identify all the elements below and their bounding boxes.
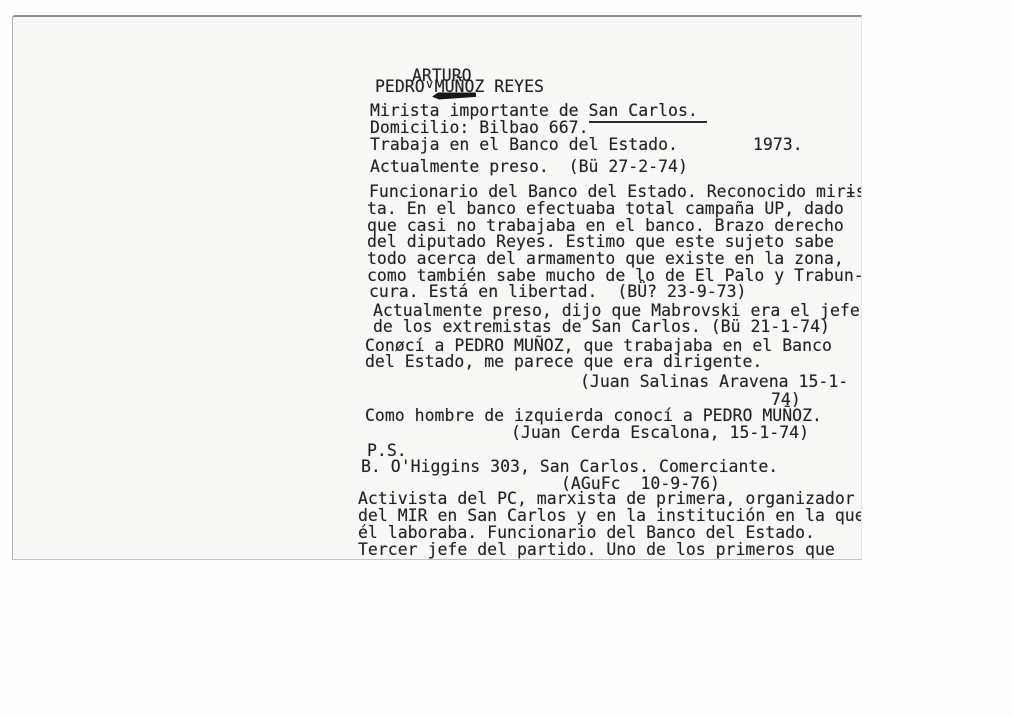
caret-mark: v — [425, 76, 435, 93]
status-line: Actualmente preso. (Bü 27-2-74) — [370, 158, 688, 175]
ps-report-line: Activista del PC, marxista de primera, o… — [358, 490, 855, 507]
report-1974-line: de los extremistas de San Carlos. (Bü 21… — [373, 318, 830, 335]
testimony-salinas-line: del Estado, me parece que era dirigente. — [365, 353, 762, 370]
index-card: ARTURO PEDROvMUÑOZ REYES Mirista importa… — [12, 15, 862, 560]
ps-report-line: él laboraba. Funcionario del Banco del E… — [358, 524, 815, 541]
report-1973-line: ta. En el banco efectuaba total campaña … — [367, 200, 844, 217]
report-1973-line: Funcionario del Banco del Estado. Recono… — [369, 183, 862, 200]
report-1973-line: todo acerca del armamento que existe en … — [367, 250, 844, 267]
ps-report-line: Tercer jefe del partido. Uno de los prim… — [358, 541, 835, 558]
scan-background: ARTURO PEDROvMUÑOZ REYES Mirista importa… — [0, 0, 1012, 717]
affiliation-place-underlined: San Carlos. — [589, 101, 707, 123]
source-citation: (Juan Salinas Aravena 15-1- — [580, 373, 848, 390]
year-label: 1973. — [753, 136, 803, 153]
subject-name-first: PEDRO — [375, 77, 425, 96]
employment-line: Trabaja en el Banco del Estado.1973. — [370, 136, 678, 153]
ps-address-line: B. O'Higgins 303, San Carlos. Comerciant… — [361, 458, 778, 475]
report-1973-line: cura. Está en libertad. (BÜ? 23-9-73) — [369, 283, 747, 300]
report-1973-line: del diputado Reyes. Estimo que este suje… — [367, 233, 834, 250]
ps-report-line: del MIR en San Carlos y en la institució… — [358, 507, 862, 524]
source-citation: (Juan Cerda Escalona, 15-1-74) — [511, 424, 809, 441]
testimony-cerda-line: Como hombre de izquierda conocí a PEDRO … — [365, 407, 822, 424]
employment-text: Trabaja en el Banco del Estado. — [370, 135, 678, 154]
address-line: Domicilio: Bilbao 667. — [370, 119, 589, 136]
affiliation-line: Mirista importante de San Carlos. — [370, 102, 707, 119]
